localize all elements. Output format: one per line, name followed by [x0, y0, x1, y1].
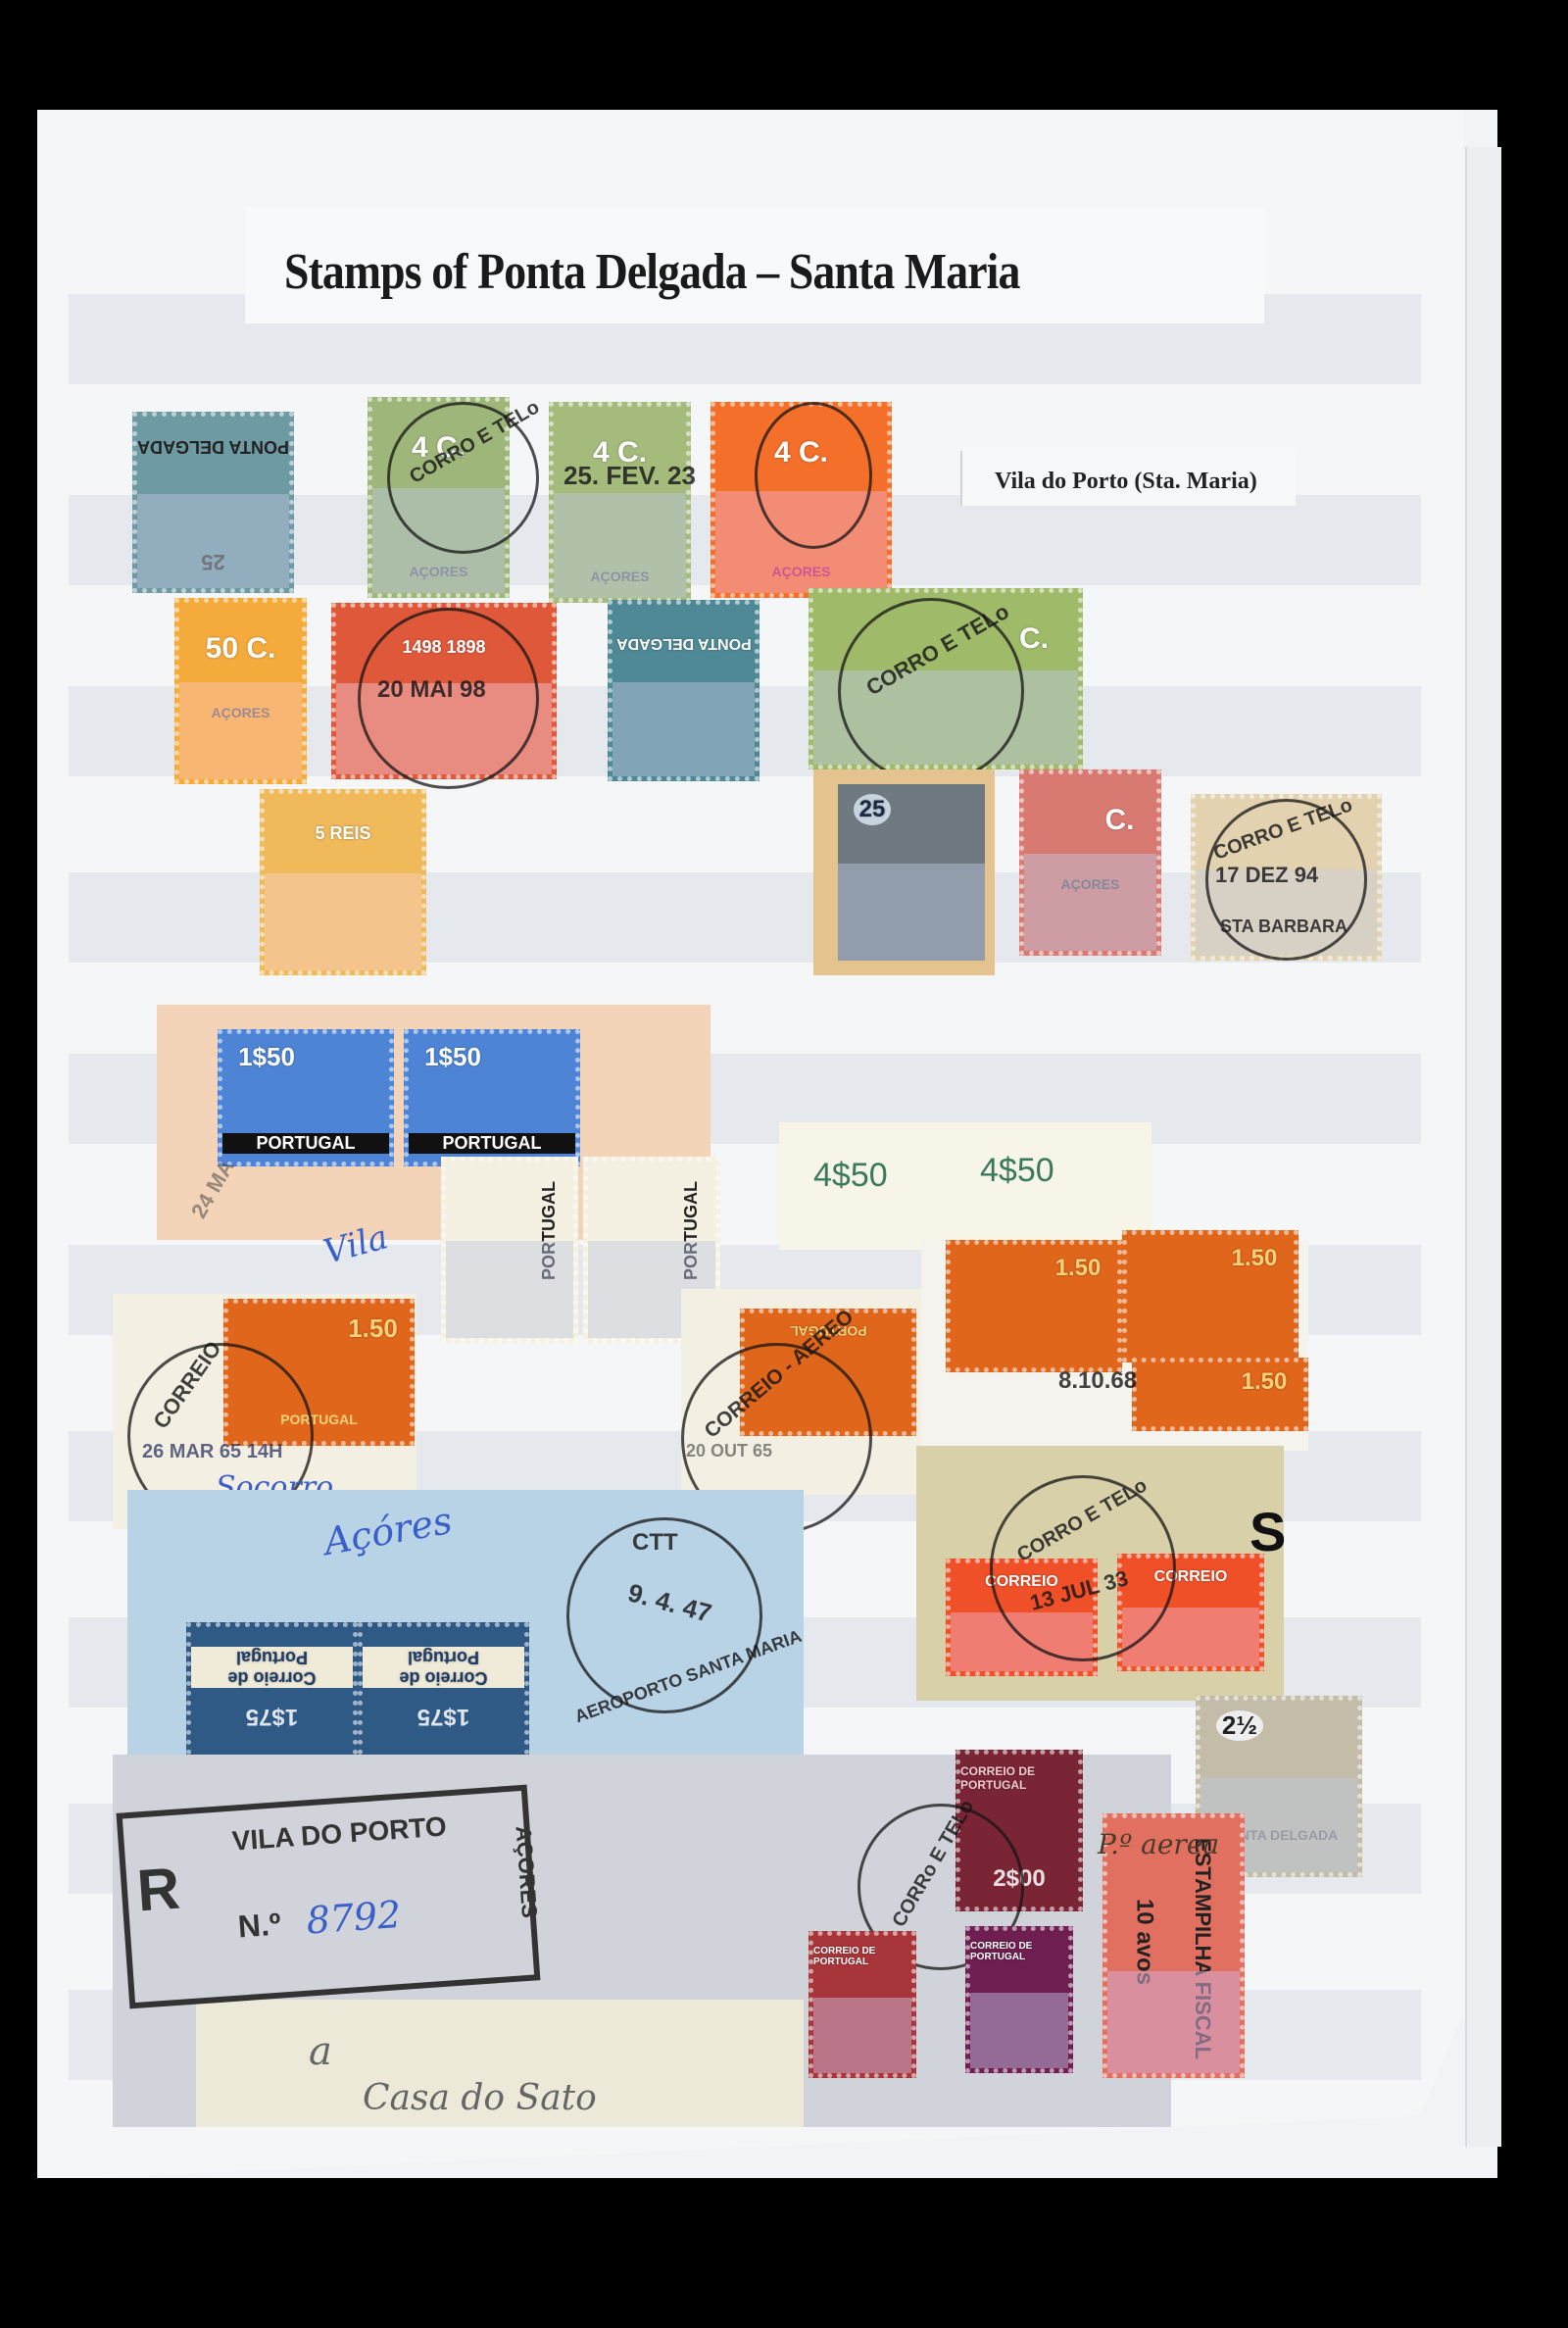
stamp-s9[interactable]: 5 REIS [260, 789, 426, 975]
stamp-s3[interactable]: 4 C. AÇORES [549, 402, 691, 603]
registration-label: R VILA DO PORTO AÇORES N.º 8792 [117, 1785, 541, 2009]
postmark-p15 [990, 1475, 1176, 1661]
stamp-s28[interactable]: CORREIO DE PORTUGAL [808, 1931, 916, 2078]
stamp-s11[interactable]: C. AÇORES [1019, 769, 1161, 956]
stamp-s21[interactable]: 1.50 [1132, 1358, 1308, 1431]
page-subtitle: Vila do Porto (Sta. Maria) [995, 469, 1257, 495]
album-next-page-edge [1465, 147, 1501, 2147]
stamp-s5[interactable]: 50 C. AÇORES [174, 598, 307, 784]
stamp-s14[interactable]: 1$50 PORTUGAL [404, 1029, 580, 1166]
postmark-p1b [755, 402, 872, 549]
stamp-s10[interactable]: 25 [838, 784, 985, 961]
stamp-s7[interactable]: PONTA DELGADA [608, 600, 759, 781]
stamp-s29[interactable]: CORREIO DE PORTUGAL [965, 1926, 1073, 2073]
stamp-s13[interactable]: 1$50 PORTUGAL [218, 1029, 394, 1166]
page-title: Stamps of Ponta Delgada – Santa Maria [284, 243, 1019, 301]
stamp-s19[interactable]: 1.50 [946, 1240, 1122, 1372]
stamp-s15[interactable]: PORTUGAL [441, 1157, 578, 1343]
stamp-s20[interactable]: 1.50 [1122, 1230, 1298, 1362]
stamp-s1[interactable]: PONTA DELGADA 25 [132, 412, 294, 593]
